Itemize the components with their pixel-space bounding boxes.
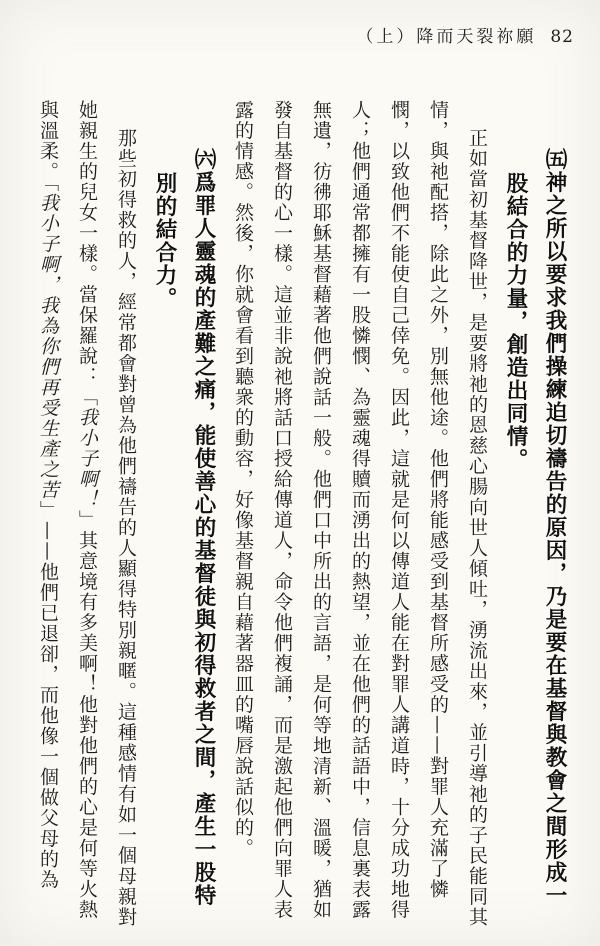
scripture-quote-short: 我小子啊！ — [76, 408, 98, 511]
section-heading-item6: ㈥爲罪人靈魂的產難之痛，能使善心的基督徒與初得救者之間，產生一股特別的結合力。 — [145, 100, 223, 928]
scripture-quote-long: 我小子啊，我為你們再受生產之苦 — [37, 193, 59, 501]
section5-paragraph: 正如當初基督降世，是要將祂的恩慈心腸向世人傾吐，湧流出來，並引導祂的子民能同其情… — [223, 100, 496, 928]
vertical-text-body: ㈤神之所以要求我們操練迫切禱告的原因，乃是要在基督與教會之間形成一股結合的力量，… — [20, 100, 574, 928]
section6-heading-text: ㈥爲罪人靈魂的產難之痛，能使善心的基督徒與初得救者之間，產生一股特別的結合力。 — [152, 148, 216, 907]
section5-paragraph-text: 正如當初基督降世，是要將祂的恩慈心腸向世人傾吐，湧流出來，並引導祂的子民能同其情… — [232, 100, 488, 928]
section5-heading-text: ㈤神之所以要求我們操練迫切禱告的原因，乃是要在基督與教會之間形成一股結合的力量，… — [503, 148, 567, 907]
section-heading-item5: ㈤神之所以要求我們操練迫切禱告的原因，乃是要在基督與教會之間形成一股結合的力量，… — [496, 100, 574, 928]
scanned-book-page: （上）降而天裂祢願82 ㈤神之所以要求我們操練迫切禱告的原因，乃是要在基督與教會… — [0, 0, 600, 946]
section6-paragraph-text-3: 」——他們已退卻，而他像一個做父母的為 — [37, 501, 59, 891]
page-header: （上）降而天裂祢願82 — [356, 22, 574, 47]
section6-paragraph: 那些初得救的人，經常都會對曾為他們禱告的人顯得特別親暱。這種感情有如一個母親對她… — [28, 100, 145, 928]
page-number: 82 — [550, 27, 574, 47]
running-title: （上）降而天裂祢願 — [356, 27, 536, 47]
